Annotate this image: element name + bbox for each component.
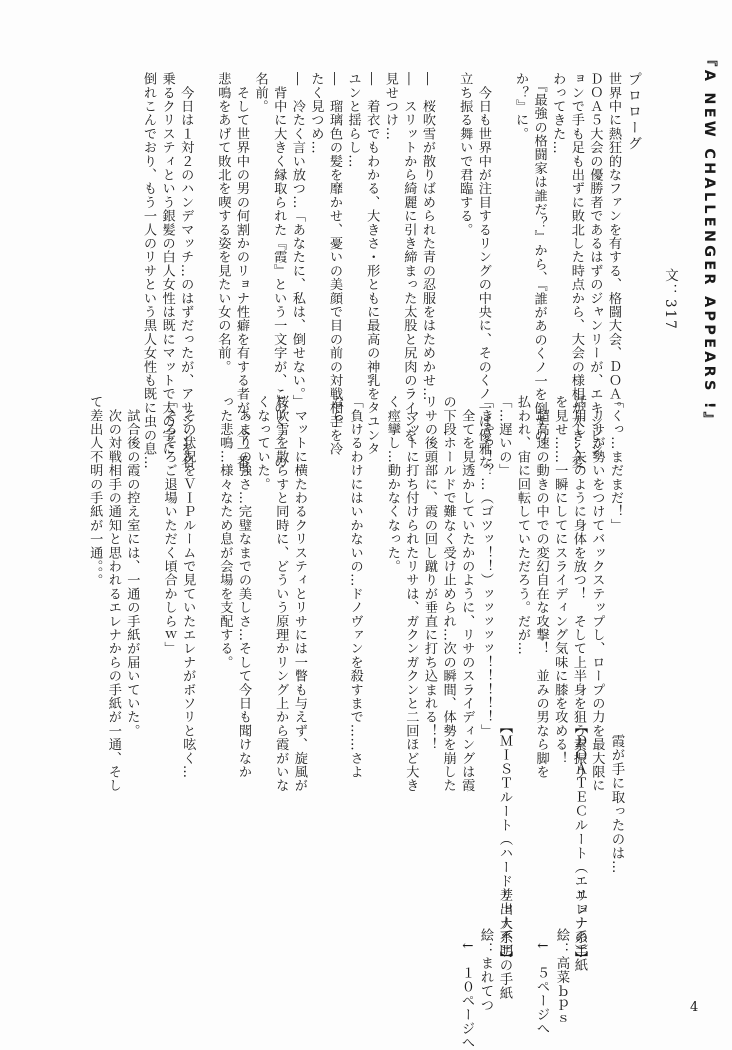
- middle_block-line: を見せ……一瞬にしてにスライディング気味に膝を攻める！: [550, 395, 568, 765]
- middle_block-line: 「負けるわけにはいかないの…ドノヴァンを殺すまで……さよ: [345, 395, 363, 779]
- middle_block-line: 払われ、宙に回転していただろう。だが…: [513, 395, 531, 655]
- middle_block-line: その状況をＶＩＰルームで見ていたエレナがボソリと呟く…: [178, 395, 196, 779]
- middle_block-line: て差出人不明の手紙が一通。。。: [85, 395, 103, 587]
- upper_block-line: 立ち振る舞いで君臨する。: [455, 72, 473, 236]
- middle_block-line: くなっていた。: [252, 395, 270, 491]
- middle_block-line: の下段ホールドで難なく受け止められ…次の瞬間、体勢を崩した: [438, 395, 456, 792]
- upper_block-line: 見せつけ…: [380, 72, 398, 141]
- upper_block-line: 悲鳴をあげて敗北を喫する姿を見たい女の名前。: [213, 72, 231, 373]
- middle_block-line: リサの後頭部に、霞の回し蹴りが垂直に打ち込まれる！！: [420, 395, 438, 751]
- route-mist-artist: 絵：まれてつ: [476, 928, 495, 1012]
- author-credit: 文：317: [660, 268, 680, 331]
- middle_block-line: 超高速の動きの中での変幻自在な攻撃！ 並みの男なら脚を: [531, 395, 549, 779]
- middle_block-line: 「…遅いの」: [494, 395, 512, 477]
- middle_block-line: マットに横たわるクリスティとリサには一瞥も与えず、旋風が: [289, 395, 307, 792]
- page-number: 4: [690, 1000, 698, 1015]
- upper_block-line: ユンと揺らし…: [343, 72, 361, 168]
- upper_block-line: 倒れこんでおり、もう一人のリサという黒人女性も既に虫の息…: [139, 72, 157, 469]
- story-title: 『A NEW CHALLENGER APPEARS !』: [699, 52, 720, 429]
- middle_block-line: 「きゃっ！？…（ゴツッ！！）ッッッッッ！！！！！」: [475, 395, 493, 738]
- route-mist-letter: 差出人不明の手紙: [495, 888, 514, 1000]
- upper_block-line: たく見つめ…: [306, 72, 324, 154]
- middle_block-line: リサが勢いをつけてバックステップし、ロープの力を最大限に: [587, 395, 605, 792]
- route-doatec-artist: 絵：高菜ｂｐｓ: [552, 928, 571, 1026]
- upper_block-line: ― 冷たく言い放つ…「あなたに、私は、倒せない。」: [287, 72, 305, 408]
- middle_block-line: 試合後の霞の控え室には、一通の手紙が届いていた。: [122, 395, 140, 738]
- middle_block-line: 「そろそろご退場いただく頃合かしらｗ」: [159, 395, 177, 655]
- middle_block-line: 全てを見透かしていたかのように、リサのスライディングは霞: [457, 395, 475, 792]
- upper_block-line: 『最強の格闘家は誰だ？』から、『誰があのくノ一を倒すの: [529, 72, 547, 442]
- upper_block-line: ― スリットから綺麗に引き締まった太股と尻肉のラインを: [399, 72, 417, 442]
- route-mist-jump-link[interactable]: ↓ １０ページへ: [457, 940, 476, 1050]
- middle_block-line: あまりの強さ…完璧なまでの美しさ…そして今日も聞けなか: [234, 395, 252, 779]
- route-doatec-jump-link[interactable]: ↓ ５ページへ: [532, 940, 551, 1036]
- upper_block-line: ― 桜吹雪が散りばめられた青の忍服をはためかせ…: [418, 72, 436, 401]
- section-heading: プロローグ: [624, 72, 644, 152]
- middle_block-line: く痙攣し…動かなくなった。: [382, 395, 400, 573]
- upper_block-line: 世界中に熱狂的なファンを有する、格闘大会、ＤＯＡ。: [604, 72, 622, 415]
- route-intro: 霞が手に取ったのは…: [607, 720, 626, 874]
- manuscript-page: 『A NEW CHALLENGER APPEARS !』 文：317 プロローグ…: [0, 0, 732, 1050]
- middle_block-line: 桜吹雪を散らすと同時に、どういう原理かリング上から霞がいな: [271, 395, 289, 792]
- upper_block-line: わってきた…: [548, 72, 566, 154]
- upper_block-line: か？』に。: [511, 72, 529, 141]
- route-doatec-letter: エレナの手紙: [570, 888, 589, 972]
- middle_block-line: マットに打ち付けられたリサは、ガクンガクンと二回ほど大き: [401, 395, 419, 792]
- middle_block-line: 次の対戦相手の通知と思われるエレナからの手紙が一通、そし: [103, 395, 121, 792]
- upper_block-line: ― 着衣でもわかる、大きさ・形ともに最高の神乳をタユンタ: [362, 72, 380, 456]
- middle_block-line: った悲鳴…様々なため息が会場を支配する。: [215, 395, 233, 669]
- upper_block-line: 名前。: [250, 72, 268, 113]
- middle_block-line: 「くっ…まだまだ！」: [606, 395, 624, 532]
- middle_block-line: なら」: [327, 395, 345, 436]
